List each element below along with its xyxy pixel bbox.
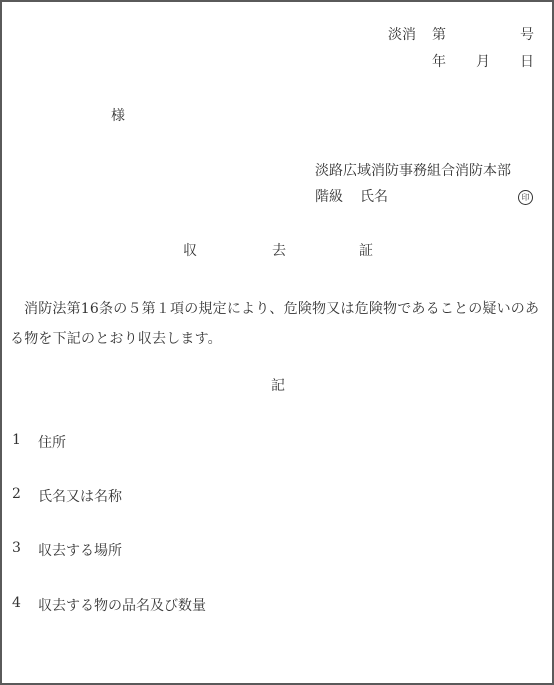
document-page: 淡消 第 号 年 月 日 様 淡路広域消防事務組合消防本部 階級 氏名 印 収 …	[0, 0, 554, 685]
issuer-name-label: 氏名	[360, 189, 388, 205]
doc-number-go: 号	[520, 27, 534, 43]
recipient-honorific: 様	[111, 108, 125, 124]
date-year: 年	[432, 54, 446, 70]
item-number: 2	[12, 486, 21, 502]
title-char-1: 収	[183, 243, 197, 259]
ki-heading: 記	[271, 378, 285, 394]
doc-number-prefix: 淡消	[388, 27, 416, 43]
item-label: 収去する物の品名及び数量	[38, 595, 206, 615]
item-number: 4	[12, 595, 21, 611]
item-label: 住所	[38, 432, 66, 452]
issuer-organization: 淡路広域消防事務組合消防本部	[315, 163, 511, 179]
title-char-3: 証	[359, 243, 373, 259]
item-label: 収去する場所	[38, 540, 122, 560]
item-label: 氏名又は名称	[38, 486, 122, 506]
item-number: 3	[12, 540, 21, 556]
title-char-2: 去	[272, 243, 286, 259]
date-day: 日	[520, 54, 534, 70]
date-month: 月	[476, 54, 490, 70]
item-number: 1	[12, 432, 21, 448]
doc-number-dai: 第	[432, 27, 446, 43]
body-paragraph: 消防法第16条の５第１項の規定により、危険物又は危険物であることの疑いのある物を…	[10, 294, 550, 354]
issuer-rank-label: 階級	[315, 189, 343, 205]
seal-icon: 印	[518, 190, 533, 205]
